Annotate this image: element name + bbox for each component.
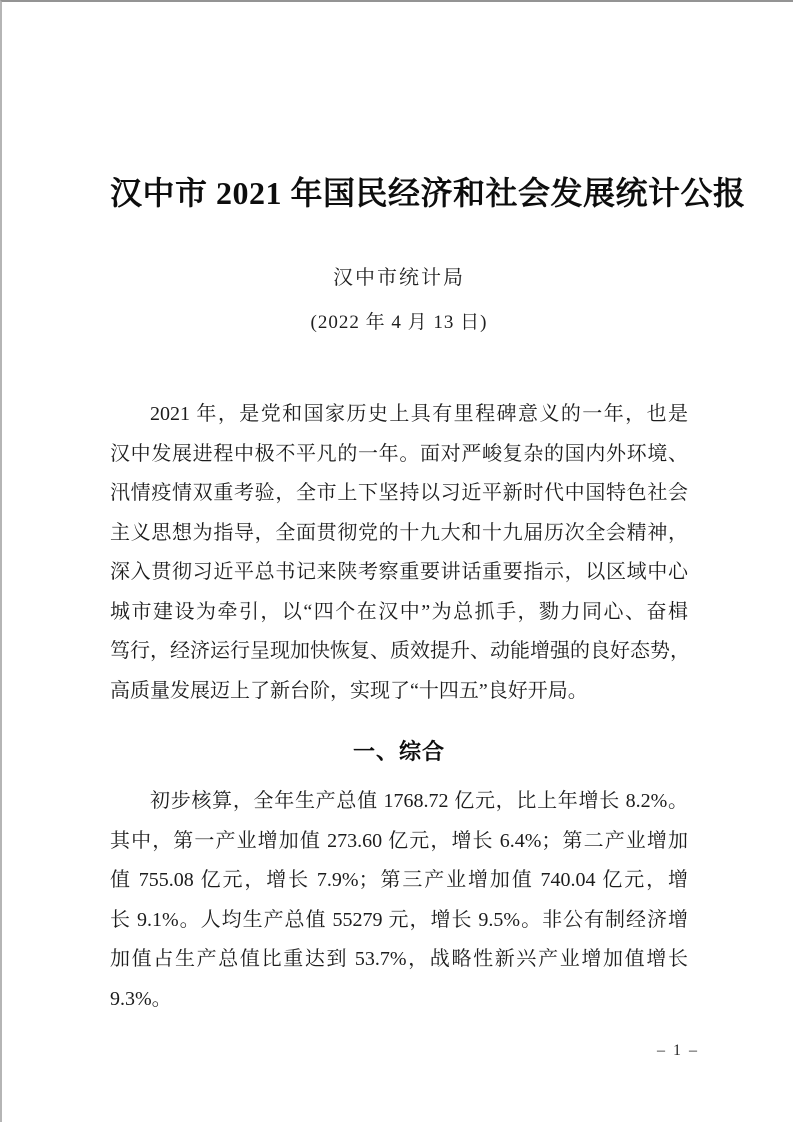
section-heading: 一、综合 — [110, 737, 688, 767]
document-author: 汉中市统计局 — [110, 264, 688, 292]
text-line: 高质量发展迈上了新台阶，实现了“十四五”良好开局。 — [110, 672, 688, 712]
document-page: 汉中市 2021 年国民经济和社会发展统计公报 汉中市统计局 (2022 年 4… — [0, 0, 793, 1122]
text-line: 其中，第一产业增加值 273.60 亿元，增长 6.4%；第二产业增加 — [110, 822, 688, 862]
text-line: 加值占生产总值比重达到 53.7%，战略性新兴产业增加值增长 — [110, 940, 688, 980]
document-content: 汉中市 2021 年国民经济和社会发展统计公报 汉中市统计局 (2022 年 4… — [110, 2, 688, 1019]
text-line: 笃行，经济运行呈现加快恢复、质效提升、动能增强的良好态势， — [110, 632, 688, 672]
text-line: 汛情疫情双重考验，全市上下坚持以习近平新时代中国特色社会 — [110, 474, 688, 514]
document-date: (2022 年 4 月 13 日) — [110, 309, 688, 337]
body-paragraph: 2021 年，是党和国家历史上具有里程碑意义的一年，也是汉中发展进程中极不平凡的… — [110, 395, 688, 711]
text-line: 值 755.08 亿元，增长 7.9%；第三产业增加值 740.04 亿元，增 — [110, 861, 688, 901]
text-line: 2021 年，是党和国家历史上具有里程碑意义的一年，也是 — [110, 395, 688, 435]
text-line: 初步核算，全年生产总值 1768.72 亿元，比上年增长 8.2%。 — [110, 782, 688, 822]
text-line: 汉中发展进程中极不平凡的一年。面对严峻复杂的国内外环境、 — [110, 435, 688, 475]
body-paragraph: 初步核算，全年生产总值 1768.72 亿元，比上年增长 8.2%。其中，第一产… — [110, 782, 688, 1019]
text-line: 主义思想为指导，全面贯彻党的十九大和十九届历次全会精神， — [110, 514, 688, 554]
text-line: 长 9.1%。人均生产总值 55279 元，增长 9.5%。非公有制经济增 — [110, 901, 688, 941]
text-line: 城市建设为牵引，以“四个在汉中”为总抓手，勠力同心、奋楫 — [110, 593, 688, 633]
text-line: 9.3%。 — [110, 980, 688, 1020]
document-title: 汉中市 2021 年国民经济和社会发展统计公报 — [110, 172, 688, 214]
page-number: – 1 – — [657, 1040, 699, 1062]
text-line: 深入贯彻习近平总书记来陕考察重要讲话重要指示，以区域中心 — [110, 553, 688, 593]
document-body: 2021 年，是党和国家历史上具有里程碑意义的一年，也是汉中发展进程中极不平凡的… — [110, 395, 688, 1019]
